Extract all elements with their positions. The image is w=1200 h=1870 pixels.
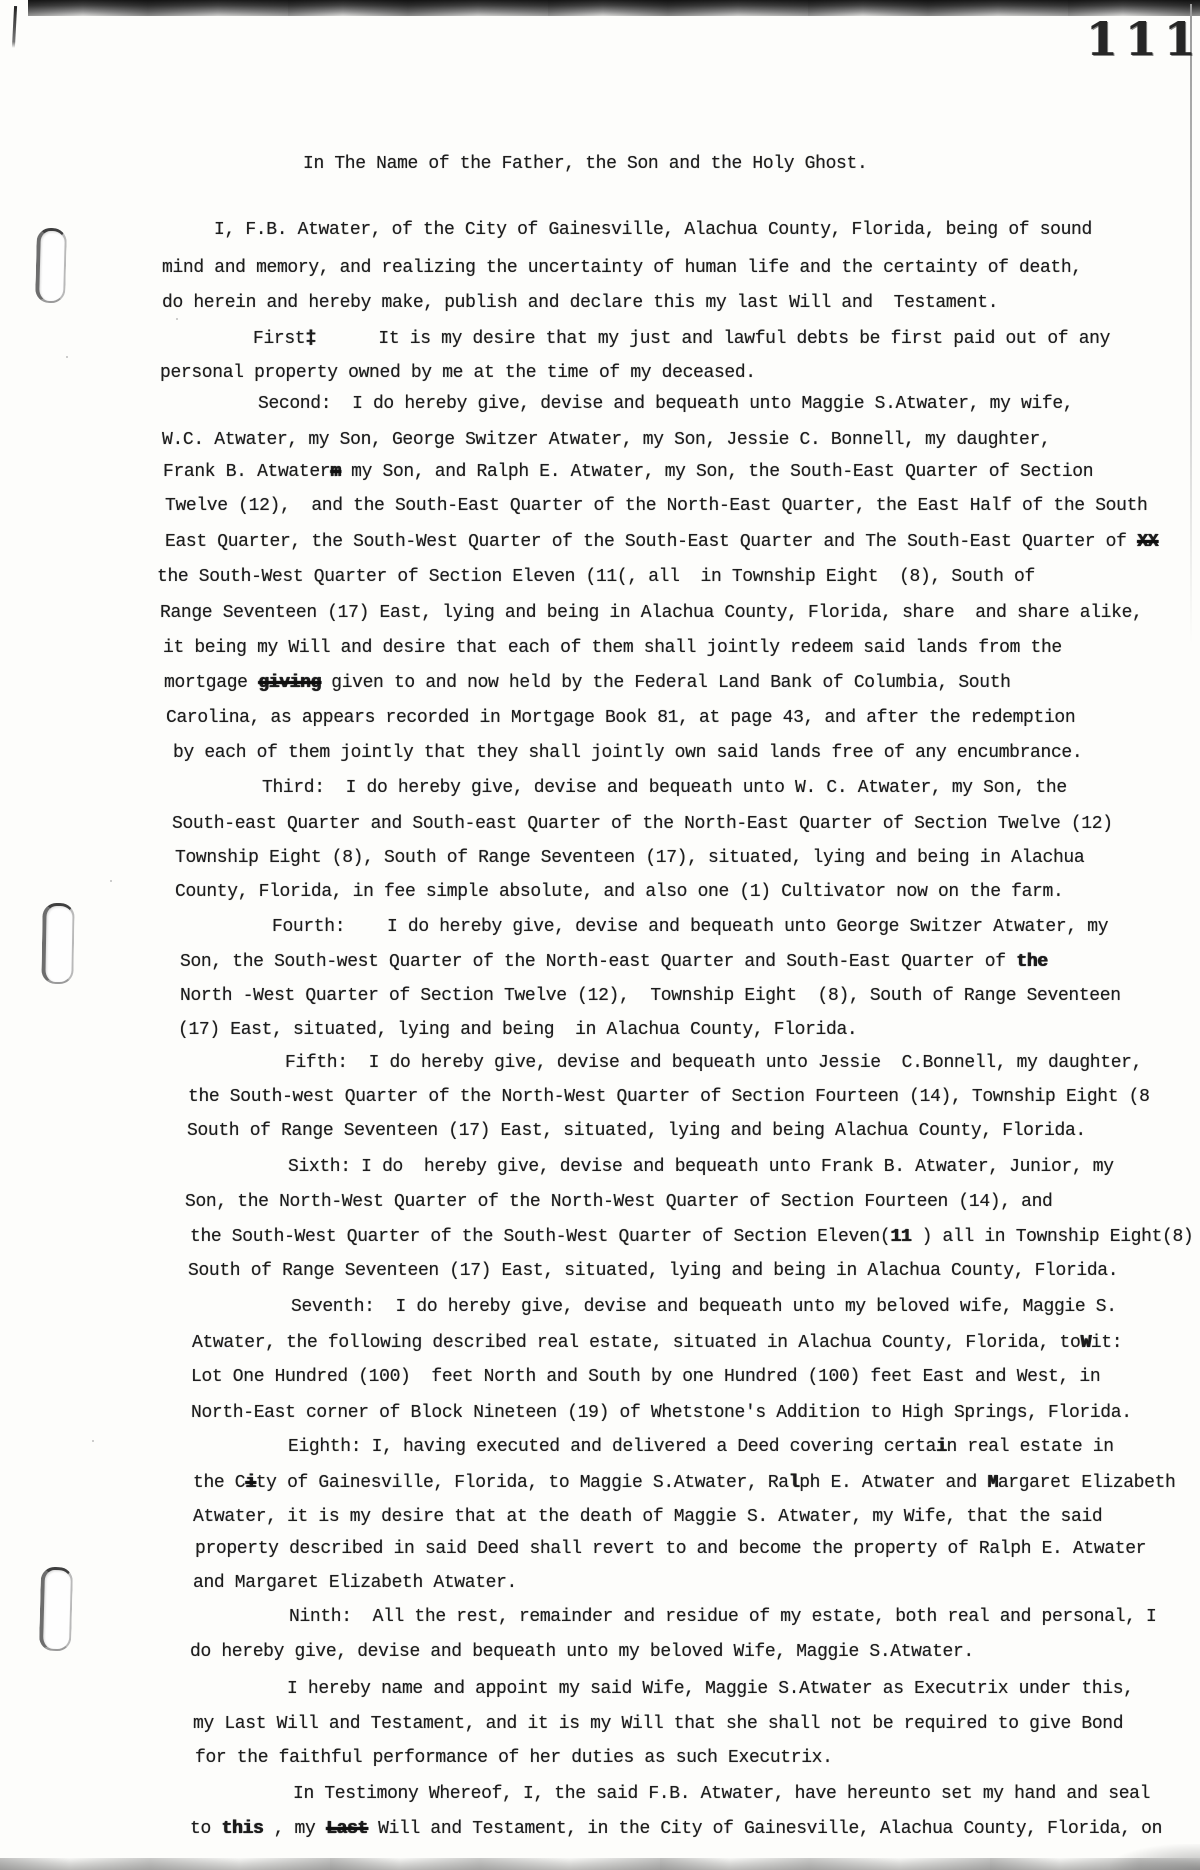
line-text: i (936, 1437, 946, 1457)
punch-hole-top (35, 228, 67, 304)
line-text: n real estate in (946, 1437, 1113, 1457)
line-text: I hereby name and appoint my said Wife, … (287, 1679, 1134, 1699)
line-text: property described in said Deed shall re… (195, 1539, 1146, 1559)
line-text: Township Eight (8), South of Range Seven… (175, 848, 1084, 868)
line-text: the South-West Quarter of Section Eleven… (157, 567, 1035, 587)
document-line: Seventh: I do hereby give, devise and be… (291, 1295, 1117, 1319)
document-line: Second: I do hereby give, devise and beq… (258, 392, 1073, 416)
document-line: the City of Gainesville, Florida, to Mag… (193, 1471, 1176, 1495)
line-text: ty of Gainesville, Florida, to Maggie S.… (256, 1473, 789, 1493)
line-text: South-east Quarter and South-east Quarte… (172, 814, 1113, 834)
line-text: Carolina, as appears recorded in Mortgag… (166, 708, 1075, 728)
line-text: Son, the North-West Quarter of the North… (185, 1192, 1053, 1212)
line-text: ) all in Township Eight(8) (911, 1227, 1193, 1247)
document-line: In Testimony Whereof, I, the said F.B. A… (293, 1782, 1150, 1806)
overstruck-text: i (245, 1473, 255, 1493)
line-text: Fifth: I do hereby give, devise and bequ… (285, 1053, 1142, 1073)
line-text: argaret Elizabeth (998, 1473, 1176, 1493)
scanned-will-document-page: 111 In The Name of the Father, the Son a… (0, 0, 1200, 1870)
line-text: It is my desire that my just and lawful … (316, 329, 1110, 349)
document-line: do hereby give, devise and bequeath unto… (190, 1640, 974, 1664)
line-text: North-East corner of Block Nineteen (19)… (191, 1403, 1132, 1423)
line-text: Ninth: All the rest, remainder and resid… (289, 1607, 1157, 1627)
punch-hole-bottom (39, 1567, 73, 1652)
document-title: In The Name of the Father, the Son and t… (303, 152, 867, 176)
line-text: do herein and hereby make, publish and d… (162, 293, 998, 313)
line-text: ph E. Atwater and (799, 1473, 987, 1493)
document-line: Fifth: I do hereby give, devise and bequ… (285, 1051, 1142, 1075)
document-line: Atwater, it is my desire that at the dea… (193, 1505, 1102, 1529)
document-line: North-East corner of Block Nineteen (19)… (191, 1401, 1132, 1425)
document-line: Eighth: I, having executed and delivered… (288, 1435, 1114, 1459)
document-line: W.C. Atwater, my Son, George Switzer Atw… (162, 428, 1050, 452)
line-text: Range Seventeen (17) East, lying and bei… (160, 603, 1142, 623)
document-line: North -West Quarter of Section Twelve (1… (180, 984, 1121, 1008)
line-text: to (190, 1819, 221, 1839)
line-text: W.C. Atwater, my Son, George Switzer Atw… (162, 430, 1050, 450)
line-text: County, Florida, in fee simple absolute,… (175, 882, 1063, 902)
page-number: 111 (1086, 12, 1200, 66)
document-line: East Quarter, the South-West Quarter of … (165, 530, 1158, 554)
line-text: Lot One Hundred (100) feet North and Sou… (191, 1367, 1100, 1387)
document-line: First‡ It is my desire that my just and … (253, 327, 1110, 351)
document-line: South of Range Seventeen (17) East, situ… (188, 1259, 1118, 1283)
line-text: the (1016, 952, 1047, 972)
overstruck-text: XX (1137, 532, 1158, 552)
punch-hole-middle (41, 903, 74, 985)
document-line: the South-west Quarter of the North-West… (188, 1085, 1150, 1109)
document-line: Ninth: All the rest, remainder and resid… (289, 1605, 1157, 1629)
paper-speck (92, 1440, 94, 1442)
line-text: it: (1091, 1333, 1122, 1353)
scan-edge-top (28, 0, 1200, 16)
paper-speck (110, 880, 112, 882)
line-text: Will and Testament, in the City of Gaine… (368, 1819, 1162, 1839)
line-text: North -West Quarter of Section Twelve (1… (180, 986, 1121, 1006)
scan-edge-bottom-right (1110, 1844, 1200, 1870)
line-text: given to and now held by the Federal Lan… (321, 673, 1011, 693)
line-text: In Testimony Whereof, I, the said F.B. A… (293, 1784, 1150, 1804)
document-line: it being my Will and desire that each of… (163, 636, 1062, 660)
document-line: Son, the South-west Quarter of the North… (180, 950, 1048, 974)
overstruck-text: m (330, 462, 340, 482)
line-text: this (221, 1819, 263, 1839)
document-line: Third: I do hereby give, devise and bequ… (262, 776, 1067, 800)
line-text: personal property owned by me at the tim… (160, 363, 756, 383)
scan-edge-left-tick (12, 6, 17, 48)
line-text: for the faithful performance of her duti… (195, 1748, 833, 1768)
document-line: I, F.B. Atwater, of the City of Gainesvi… (214, 218, 1092, 242)
document-line: I hereby name and appoint my said Wife, … (287, 1677, 1134, 1701)
line-text: East Quarter, the South-West Quarter of … (165, 532, 1137, 552)
document-line: the South-West Quarter of Section Eleven… (157, 565, 1035, 589)
line-text: ‡ (305, 329, 315, 349)
document-line: Carolina, as appears recorded in Mortgag… (166, 706, 1075, 730)
line-text: Twelve (12), and the South-East Quarter … (165, 496, 1147, 516)
line-text: Atwater, the following described real es… (192, 1333, 1080, 1353)
document-line: for the faithful performance of her duti… (195, 1746, 833, 1770)
line-text: W (1080, 1333, 1090, 1353)
line-text: Second: I do hereby give, devise and beq… (258, 394, 1073, 414)
line-text: First (253, 329, 305, 349)
document-line: Atwater, the following described real es… (192, 1331, 1122, 1355)
document-line: Range Seventeen (17) East, lying and bei… (160, 601, 1142, 625)
document-line: and Margaret Elizabeth Atwater. (193, 1571, 517, 1595)
overstruck-text: Last (326, 1819, 368, 1839)
document-line: Sixth: I do hereby give, devise and bequ… (288, 1155, 1114, 1179)
line-text: by each of them jointly that they shall … (173, 743, 1082, 763)
scan-edge-bottom (0, 1858, 1200, 1870)
line-text: M (987, 1473, 997, 1493)
document-line: mind and memory, and realizing the uncer… (162, 256, 1082, 280)
document-line: (17) East, situated, lying and being in … (178, 1018, 857, 1042)
document-line: do herein and hereby make, publish and d… (162, 291, 998, 315)
line-text: South of Range Seventeen (17) East, situ… (187, 1121, 1086, 1141)
document-line: the South-West Quarter of the South-West… (190, 1225, 1193, 1249)
document-line: my Last Will and Testament, and it is my… (193, 1712, 1123, 1736)
document-line: Township Eight (8), South of Range Seven… (175, 846, 1084, 870)
line-text: the C (193, 1473, 245, 1493)
line-text: Frank B. Atwater (163, 462, 330, 482)
document-line: property described in said Deed shall re… (195, 1537, 1146, 1561)
line-text: mind and memory, and realizing the uncer… (162, 258, 1082, 278)
line-text: Eighth: I, having executed and delivered… (288, 1437, 936, 1457)
document-line: by each of them jointly that they shall … (173, 741, 1082, 765)
line-text: and Margaret Elizabeth Atwater. (193, 1573, 517, 1593)
document-line: South-east Quarter and South-east Quarte… (172, 812, 1113, 836)
document-line: mortgage giving given to and now held by… (164, 671, 1011, 695)
document-line: Son, the North-West Quarter of the North… (185, 1190, 1053, 1214)
line-text: Atwater, it is my desire that at the dea… (193, 1507, 1102, 1527)
paper-speck (66, 356, 68, 358)
document-line: South of Range Seventeen (17) East, situ… (187, 1119, 1086, 1143)
line-text: the South-West Quarter of the South-West… (190, 1227, 890, 1247)
document-line: Fourth: I do hereby give, devise and beq… (272, 915, 1108, 939)
overstruck-text: giving (258, 673, 321, 693)
line-text: I, F.B. Atwater, of the City of Gainesvi… (214, 220, 1092, 240)
line-text: my Son, and Ralph E. Atwater, my Son, th… (341, 462, 1094, 482)
line-text: the South-west Quarter of the North-West… (188, 1087, 1150, 1107)
line-text: South of Range Seventeen (17) East, situ… (188, 1261, 1118, 1281)
line-text: (17) East, situated, lying and being in … (178, 1020, 857, 1040)
line-text: Son, the South-west Quarter of the North… (180, 952, 1016, 972)
line-text: l (789, 1473, 799, 1493)
document-line: to this , my Last Will and Testament, in… (190, 1817, 1162, 1841)
line-text: Sixth: I do hereby give, devise and bequ… (288, 1157, 1114, 1177)
line-text: Fourth: I do hereby give, devise and beq… (272, 917, 1108, 937)
line-text: mortgage (164, 673, 258, 693)
line-text: Seventh: I do hereby give, devise and be… (291, 1297, 1117, 1317)
line-text: Third: I do hereby give, devise and bequ… (262, 778, 1067, 798)
document-line: Twelve (12), and the South-East Quarter … (165, 494, 1147, 518)
document-line: Frank B. Atwaterm my Son, and Ralph E. A… (163, 460, 1093, 484)
line-text: my Last Will and Testament, and it is my… (193, 1714, 1123, 1734)
line-text: do hereby give, devise and bequeath unto… (190, 1642, 974, 1662)
document-line: Lot One Hundred (100) feet North and Sou… (191, 1365, 1100, 1389)
line-text: it being my Will and desire that each of… (163, 638, 1062, 658)
paper-speck (176, 318, 178, 320)
document-line: personal property owned by me at the tim… (160, 361, 756, 385)
scan-edge-right (1190, 4, 1192, 644)
line-text: , my (263, 1819, 326, 1839)
document-line: County, Florida, in fee simple absolute,… (175, 880, 1063, 904)
line-text: 11 (890, 1227, 911, 1247)
